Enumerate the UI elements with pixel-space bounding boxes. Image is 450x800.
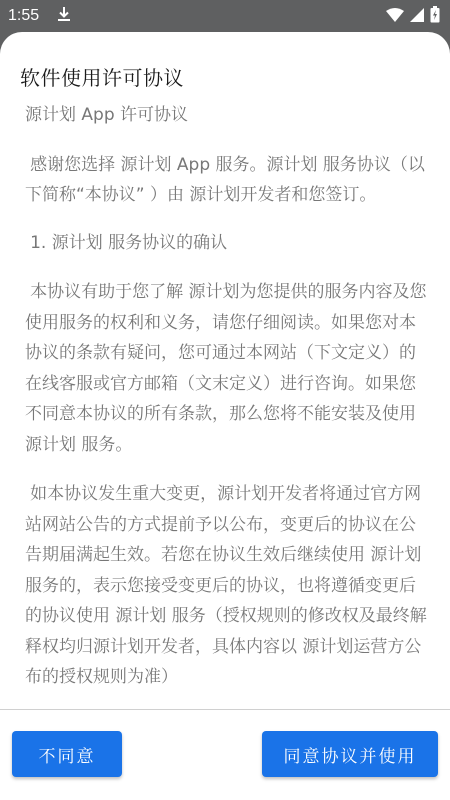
cellular-signal-icon: [410, 7, 424, 26]
status-time: 1:55: [8, 7, 39, 25]
agreement-subtitle: 源计划 App 许可协议: [25, 100, 428, 131]
license-dialog: 软件使用许可协议 源计划 App 许可协议 感谢您选择 源计划 App 服务。源…: [0, 32, 450, 800]
status-left: 1:55: [8, 6, 71, 26]
status-bar: 1:55: [0, 0, 450, 32]
battery-charging-icon: [430, 6, 440, 27]
footer-divider: [0, 709, 450, 710]
disagree-button[interactable]: 不同意: [12, 731, 122, 777]
agreement-section-heading: 1. 源计划 服务协议的确认: [25, 228, 428, 259]
agreement-paragraph-intro: 感谢您选择 源计划 App 服务。源计划 服务协议（以下简称“本协议” ）由 源…: [25, 150, 428, 211]
status-right: [386, 6, 440, 27]
agreement-paragraph-changes: 如本协议发生重大变更，源计划开发者将通过官方网站网站公告的方式提前予以公布，变更…: [25, 479, 428, 693]
download-icon: [57, 6, 71, 26]
wifi-icon: [386, 7, 404, 26]
agreement-content-scroll[interactable]: 源计划 App 许可协议 感谢您选择 源计划 App 服务。源计划 服务协议（以…: [0, 98, 450, 738]
agree-and-use-button[interactable]: 同意协议并使用: [262, 731, 438, 777]
agreement-paragraph-confirmation: 本协议有助于您了解 源计划为您提供的服务内容及您使用服务的权利和义务，请您仔细阅…: [25, 277, 428, 460]
dialog-title: 软件使用许可协议: [20, 62, 184, 91]
